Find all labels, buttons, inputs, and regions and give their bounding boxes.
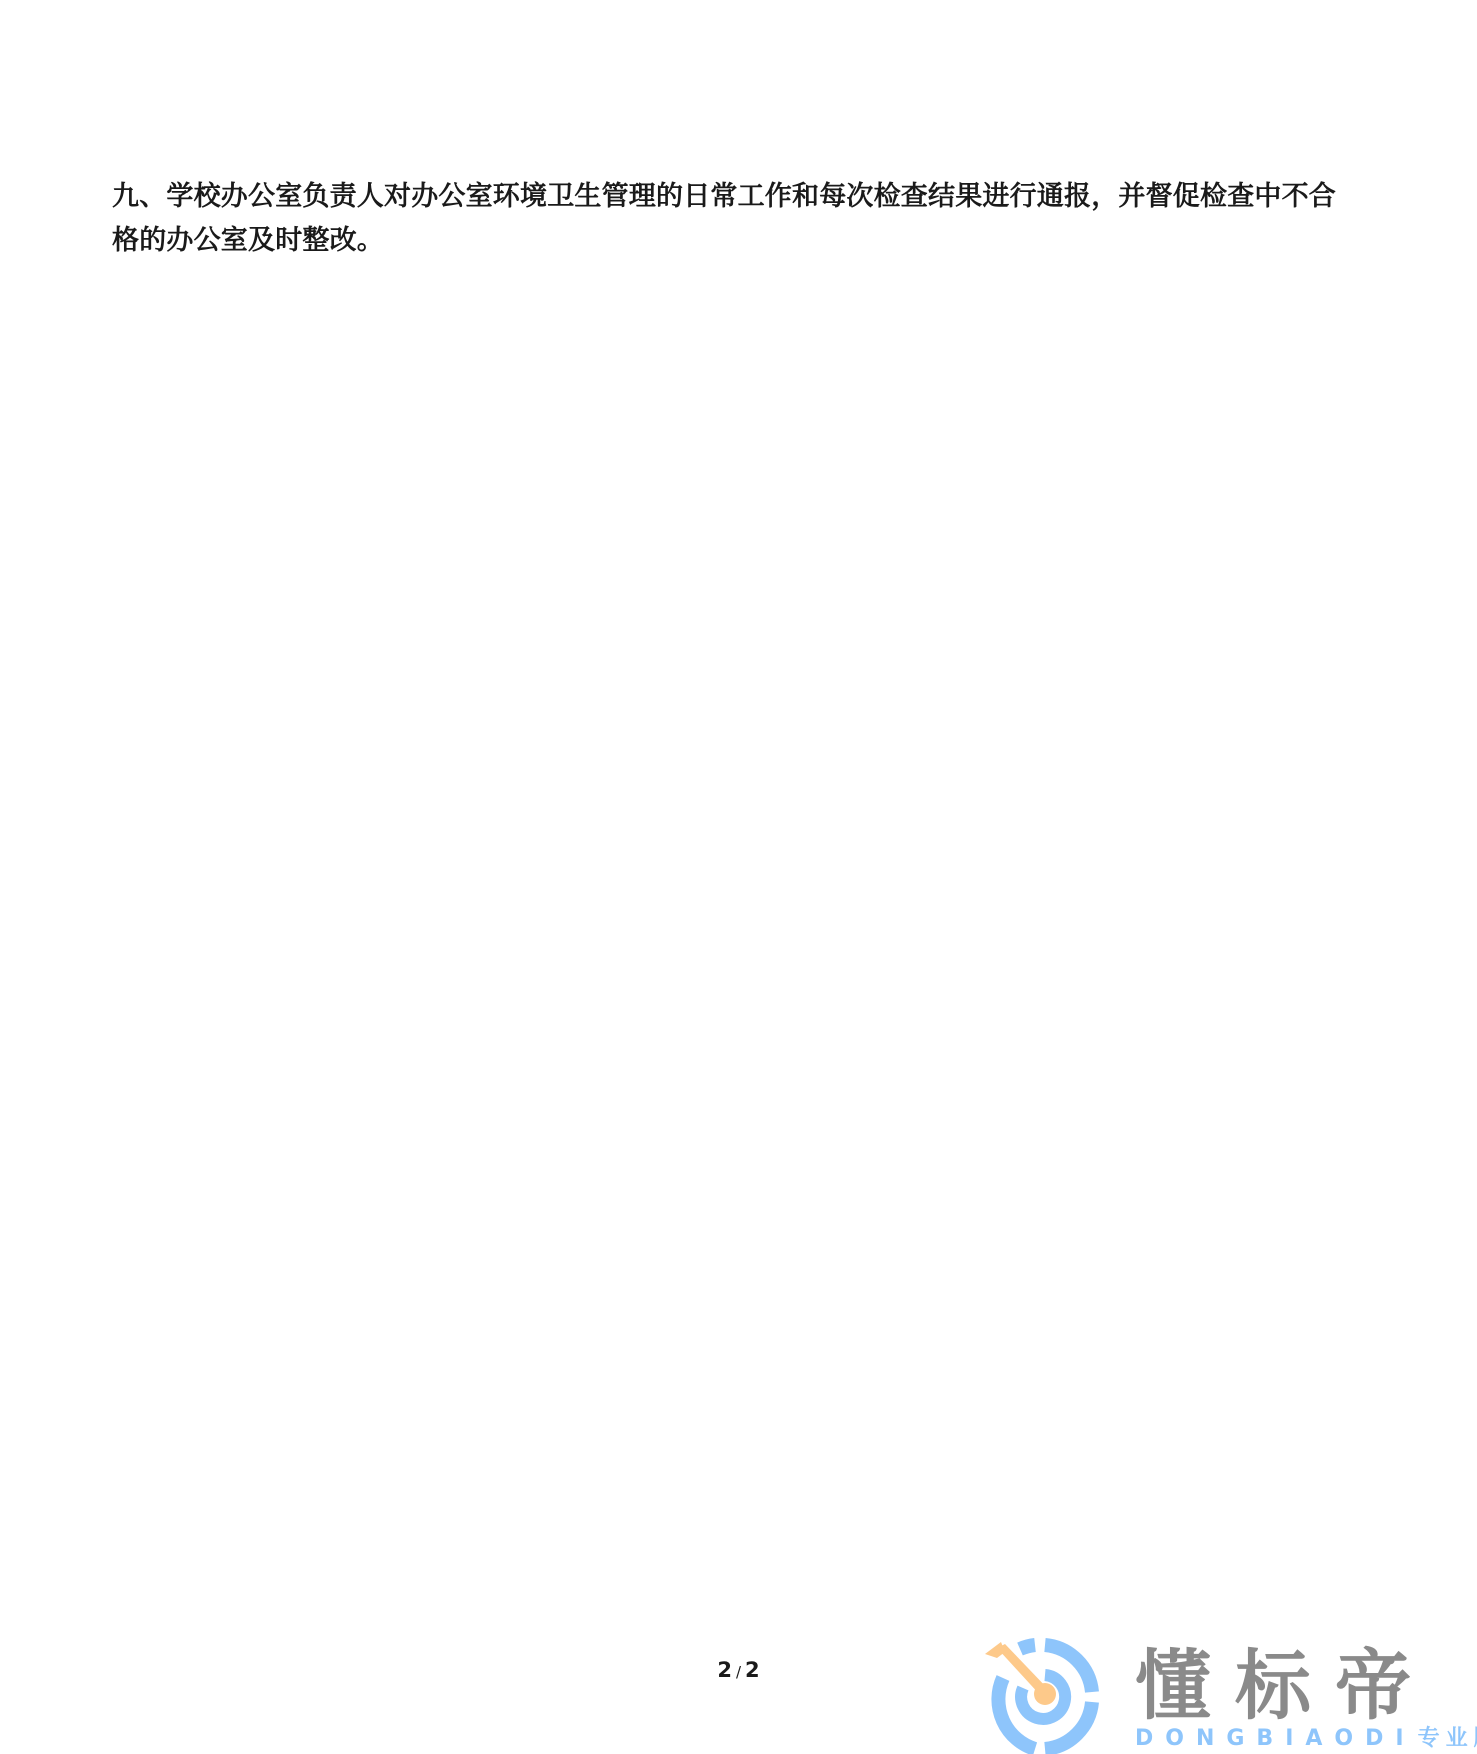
- total-pages: 2: [745, 1658, 760, 1682]
- watermark-brand: DONGBIAODI: [1135, 1726, 1416, 1751]
- page-separator: /: [736, 1663, 741, 1681]
- paragraph-item-9: 九、学校办公室负责人对办公室环境卫生管理的日常工作和每次检查结果进行通报，并督促…: [112, 175, 1362, 263]
- current-page: 2: [717, 1658, 732, 1682]
- watermark-logo: 懂标帝 DONGBIAODI专业版: [975, 1632, 1475, 1754]
- watermark-title: 懂标帝: [1135, 1644, 1435, 1728]
- target-arrow-icon: [975, 1632, 1105, 1754]
- watermark-subtitle: DONGBIAODI专业版: [1135, 1726, 1477, 1752]
- watermark-tier: 专业版: [1418, 1726, 1477, 1751]
- document-page: 九、学校办公室负责人对办公室环境卫生管理的日常工作和每次检查结果进行通报，并督促…: [0, 0, 1477, 1754]
